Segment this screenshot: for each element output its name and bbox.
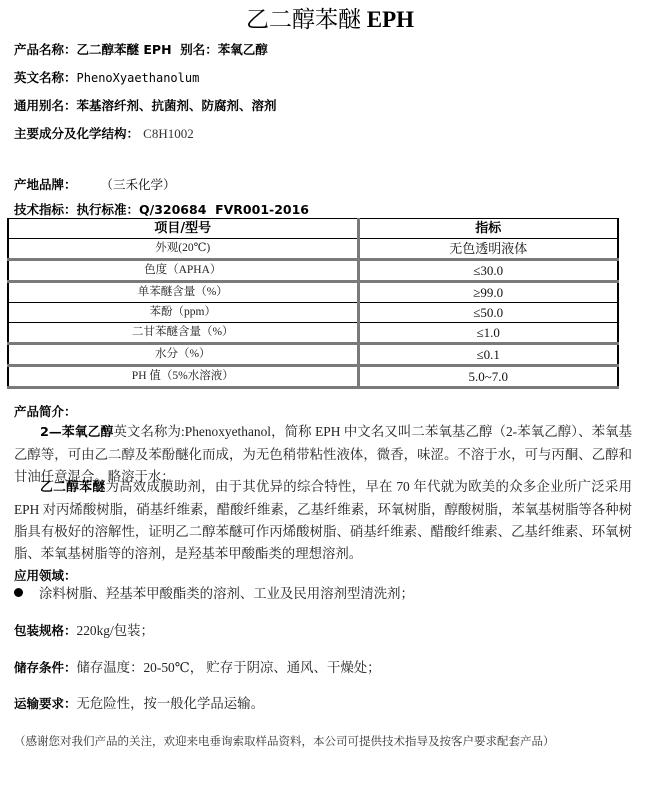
field-value: 执行标准：Q/320684 FVR001-2016 <box>77 202 310 217</box>
table-row: 外观(20℃) 无色透明液体 <box>8 239 618 260</box>
table-row: 二甘苯醚含量（%） ≤1.0 <box>8 323 618 344</box>
footer-note: （感谢您对我们产品的关注，欢迎来电垂询索取样品资料，本公司可提供技术指导及按客户… <box>14 733 555 749</box>
table-header-row: 项目/型号 指标 <box>8 219 618 239</box>
field-english-name: 英文名称：PhenoXyaethanolum <box>14 69 199 88</box>
table-row: 水分（%） ≤0.1 <box>8 344 618 366</box>
field-value: （三禾化学） <box>101 177 176 192</box>
cell-spec: ≤50.0 <box>358 303 618 323</box>
title-chinese: 乙二醇苯醚 <box>246 7 361 32</box>
application-list-item: 涂料树脂、羟基苯甲酸酯类的溶剂、工业及民用溶剂型清洗剂； <box>14 586 414 604</box>
intro-heading: 产品简介： <box>14 403 77 421</box>
table-row: 苯酚（ppm） ≤50.0 <box>8 303 618 323</box>
field-value: 苯基溶纤剂、抗菌剂、防腐剂、溶剂 <box>77 98 277 113</box>
packaging-line: 包装规格：220kg/包装； <box>14 622 154 641</box>
intro-paragraph-2: 乙二醇苯醚为高效成膜助剂，由于其优异的综合特性，早在 70 年代就为欧美的众多企… <box>14 476 632 565</box>
table-row: 单苯醚含量（%） ≥99.0 <box>8 282 618 303</box>
storage-line: 储存条件：储存温度：20-50℃， 贮存于阴凉、通风、干燥处； <box>14 659 381 678</box>
bullet-icon <box>14 588 23 597</box>
storage-label: 储存条件： <box>14 660 77 675</box>
field-label: 产品名称： <box>14 42 77 57</box>
title-latin: EPH <box>367 7 414 32</box>
packaging-label: 包装规格： <box>14 623 77 638</box>
intro-p2-text: 为高效成膜助剂，由于其优异的综合特性，早在 70 年代就为欧美的众多企业所广泛采… <box>14 479 632 561</box>
cell-item: 外观(20℃) <box>8 239 358 260</box>
field-product-name: 产品名称：乙二醇苯醚 EPH 别名：苯氧乙醇 <box>14 41 268 60</box>
column-header-item: 项目/型号 <box>8 219 358 239</box>
application-heading: 应用领域： <box>14 567 77 585</box>
cell-spec: ≥99.0 <box>358 282 618 303</box>
document-title: 乙二醇苯醚 EPH <box>0 6 660 34</box>
cell-spec: 5.0~7.0 <box>358 366 618 388</box>
cell-item: 色度（APHA） <box>8 260 358 282</box>
field-label: 主要成分及化学结构： <box>14 126 139 141</box>
application-item-text: 涂料树脂、羟基苯甲酸酯类的溶剂、工业及民用溶剂型清洗剂； <box>39 587 414 602</box>
transport-value: 无危险性，按一般化学品运输。 <box>77 696 264 711</box>
intro-p1-bold: 2—苯氧乙醇 <box>40 425 113 440</box>
field-label: 通用别名： <box>14 98 77 113</box>
transport-label: 运输要求： <box>14 696 77 711</box>
spec-table: 项目/型号 指标 外观(20℃) 无色透明液体 色度（APHA） ≤30.0 单… <box>7 218 619 389</box>
field-composition: 主要成分及化学结构： C8H1002 <box>14 125 194 144</box>
packaging-value: 220kg/包装； <box>77 623 154 638</box>
field-value: PhenoXyaethanolum <box>77 71 200 85</box>
field-label: 产地品牌： <box>14 177 77 192</box>
intro-p2-bold: 乙二醇苯醚 <box>40 480 105 495</box>
storage-value: 储存温度：20-50℃， 贮存于阴凉、通风、干燥处； <box>77 660 381 675</box>
field-value: C8H1002 <box>143 126 194 141</box>
cell-item: 二甘苯醚含量（%） <box>8 323 358 344</box>
table-row: 色度（APHA） ≤30.0 <box>8 260 618 282</box>
transport-line: 运输要求：无危险性，按一般化学品运输。 <box>14 695 264 714</box>
field-common-aliases: 通用别名：苯基溶纤剂、抗菌剂、防腐剂、溶剂 <box>14 97 277 116</box>
cell-item: PH 值（5%水溶液） <box>8 366 358 388</box>
cell-spec: ≤30.0 <box>358 260 618 282</box>
cell-item: 苯酚（ppm） <box>8 303 358 323</box>
cell-item: 单苯醚含量（%） <box>8 282 358 303</box>
column-header-spec: 指标 <box>358 219 618 239</box>
cell-item: 水分（%） <box>8 344 358 366</box>
cell-spec: 无色透明液体 <box>358 239 618 260</box>
field-label: 技术指标： <box>14 202 77 217</box>
table-row: PH 值（5%水溶液） 5.0~7.0 <box>8 366 618 388</box>
cell-spec: ≤1.0 <box>358 323 618 344</box>
field-brand: 产地品牌：（三禾化学） <box>14 176 176 195</box>
cell-spec: ≤0.1 <box>358 344 618 366</box>
field-value: 乙二醇苯醚 EPH 别名：苯氧乙醇 <box>77 42 268 57</box>
field-label: 英文名称： <box>14 70 77 85</box>
